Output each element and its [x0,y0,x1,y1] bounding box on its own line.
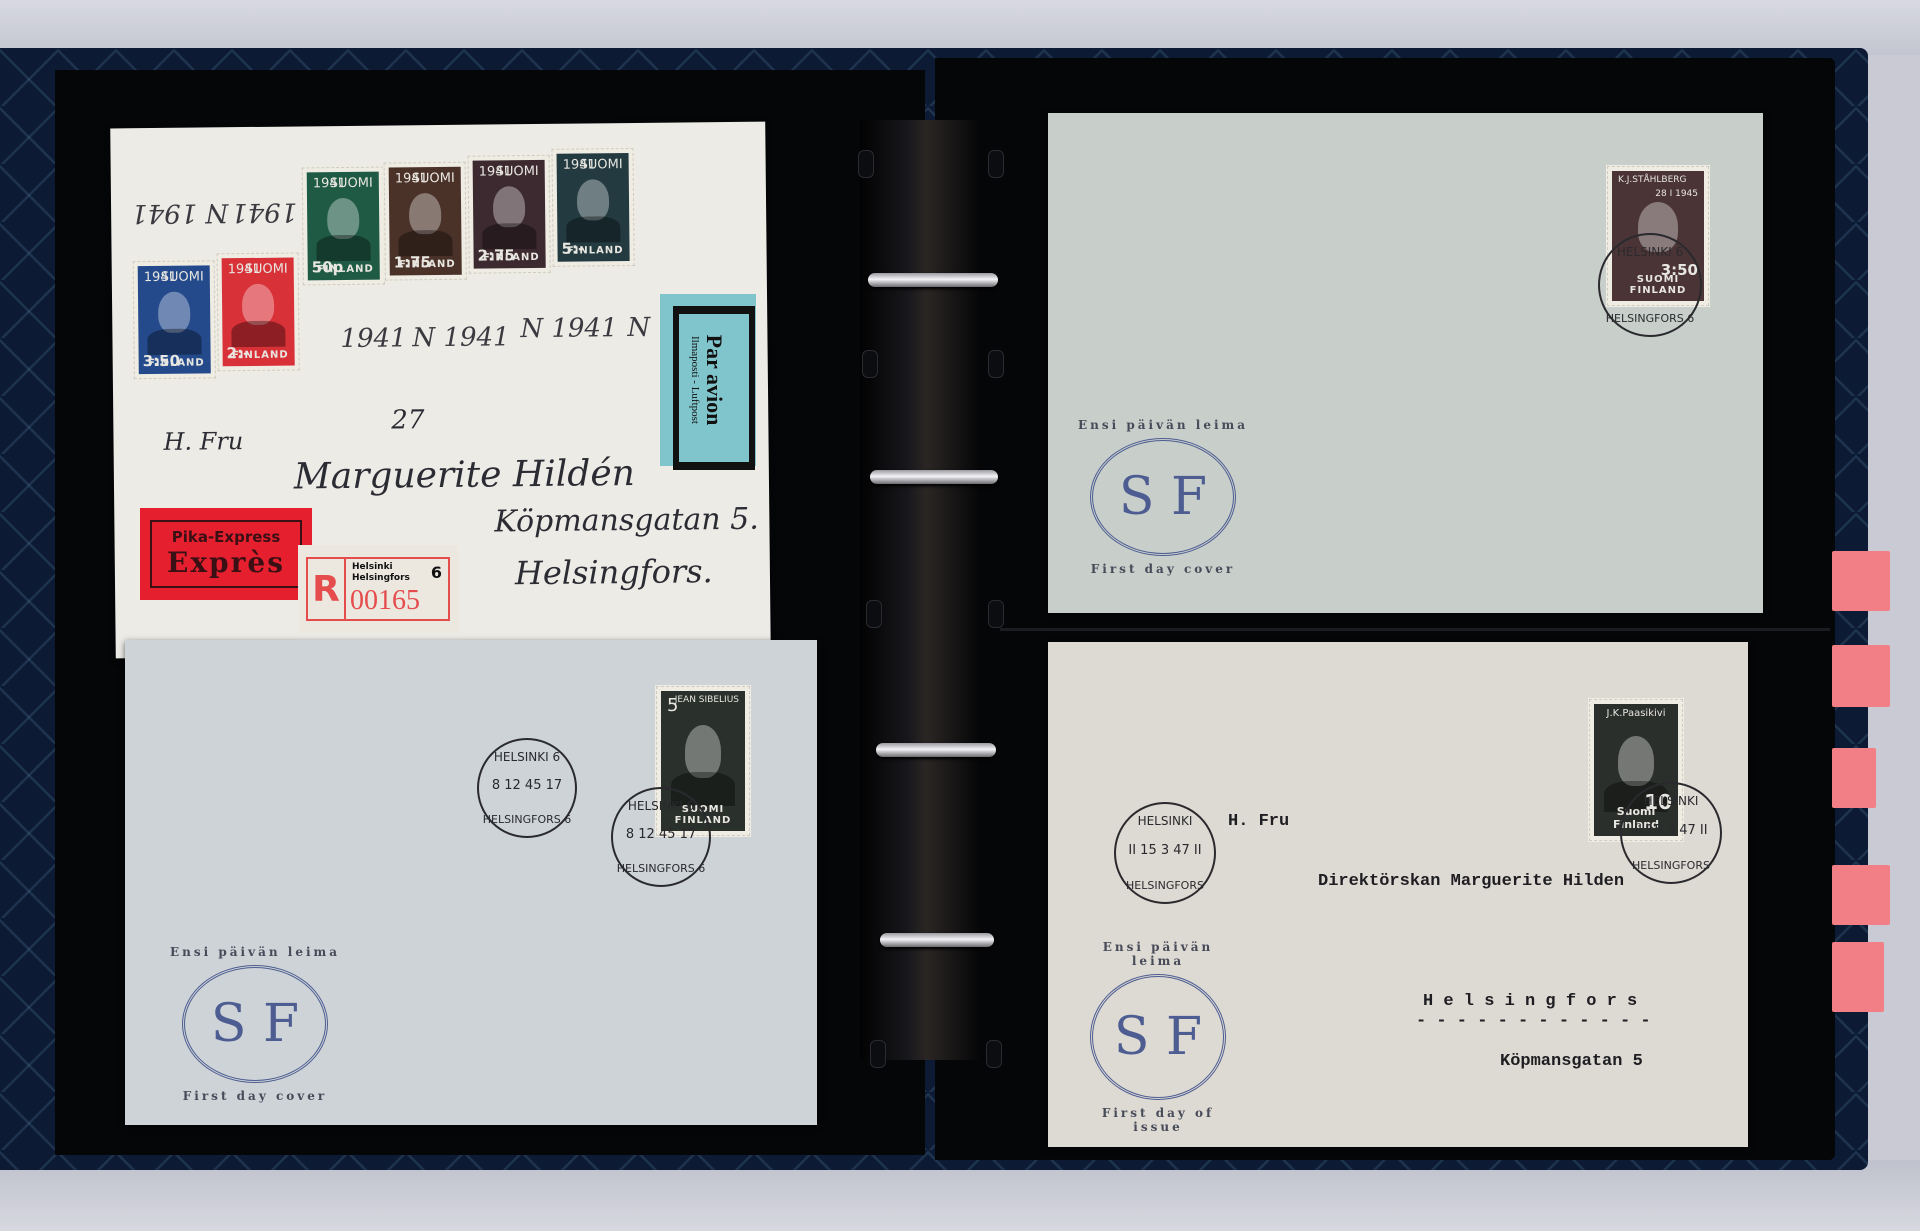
postmark: HELSINKIII 15 3 47 IIHELSINGFORS [1620,782,1722,884]
margin-inscription: N 1941 [131,197,228,228]
margin-inscription: N 1941 [412,322,509,353]
postmark: HELSINKI 68 12 45 17HELSINGFORS 6 [611,787,711,887]
typed-name: Direktörskan Marguerite Hilden [1318,872,1624,891]
stamp-ryti-3-50[interactable]: 1941SUOMI3:50FINLAND [132,259,217,380]
handwritten-number: 27 [391,405,424,435]
table-surface-top [0,0,1920,55]
handwritten-street: Köpmansgatan 5. [494,502,759,540]
express-label: Pika-ExpressExprès [140,508,312,600]
fdc-cachet: Ensi päivän leima S F First day cover [170,945,340,1103]
margin-inscription: N [627,313,650,343]
margin-inscription: 1941 [340,323,406,354]
index-tab[interactable] [1832,865,1890,925]
stamp-ryti-1-75[interactable]: 1941SUOMI1:75FINLAND [383,161,468,282]
punch-hole [988,600,1004,628]
stamp-ryti-50p[interactable]: 1941SUOMI50pFINLAND [301,166,386,287]
punch-hole [988,150,1004,178]
punch-hole [870,1040,886,1068]
binder-ring [876,743,996,757]
binder-spine [860,120,980,1060]
sibelius-fdc: 5 JEAN SIBELIUS SUOMI FINLAND HELSINKI 6… [125,640,817,1125]
margin-inscription: N 1941 [520,313,617,344]
postmark: HELSINKI 6HELSINGFORS 6 [1598,233,1702,337]
index-tab[interactable] [1832,645,1890,707]
typed-street: Köpmansgatan 5 [1500,1052,1643,1071]
stamp-ryti-5[interactable]: 1941SUOMI5:-FINLAND [550,147,635,268]
stamp-ryti-2-75[interactable]: 1941SUOMI2:75FINLAND [467,154,552,275]
fdc-cachet: Ensi päivän leima S F First day cover [1078,418,1248,576]
index-tab[interactable] [1832,748,1876,808]
stamp-ryti-2[interactable]: 1941SUOMI2:-FINLAND [216,251,301,372]
table-surface-bottom [0,1160,1920,1231]
punch-hole [988,350,1004,378]
punch-hole [866,600,882,628]
index-tab[interactable] [1832,942,1884,1012]
binder-ring [880,933,994,947]
fdc-cachet: Ensi päivän leima S F First day of issue [1078,940,1238,1134]
typed-city: H e l s i n g f o r s [1423,992,1637,1011]
punch-hole [986,1040,1002,1068]
postmark: HELSINKIII 15 3 47 IIHELSINGFORS [1114,802,1216,904]
airmail-label: Par avionIlmaposti - Luftpost [660,294,756,466]
punch-hole [858,150,874,178]
stahlberg-fdc: K.J.STÅHLBERG 28 I 1945 3:50 SUOMI FINLA… [1048,113,1763,613]
handwritten-salutation: H. Fru [163,427,243,456]
punch-hole [862,350,878,378]
handwritten-name: Marguerite Hildén [294,453,635,498]
registration-label: R Helsinki Helsingfors 6 00165 [298,545,458,633]
typed-salutation: H. Fru [1228,812,1289,831]
sleeve-divider [1000,628,1830,631]
paasikivi-fdc: J.K.Paasikivi 10 Suomi Finland HELSINKII… [1048,642,1748,1147]
handwritten-city: Helsingfors. [515,552,713,592]
index-tab[interactable] [1832,551,1890,611]
typed-underline: - - - - - - - - - - - - [1416,1012,1651,1031]
postmark: HELSINKI 68 12 45 17HELSINGFORS 6 [477,738,577,838]
binder-ring [870,470,998,484]
binder-ring [868,273,998,287]
